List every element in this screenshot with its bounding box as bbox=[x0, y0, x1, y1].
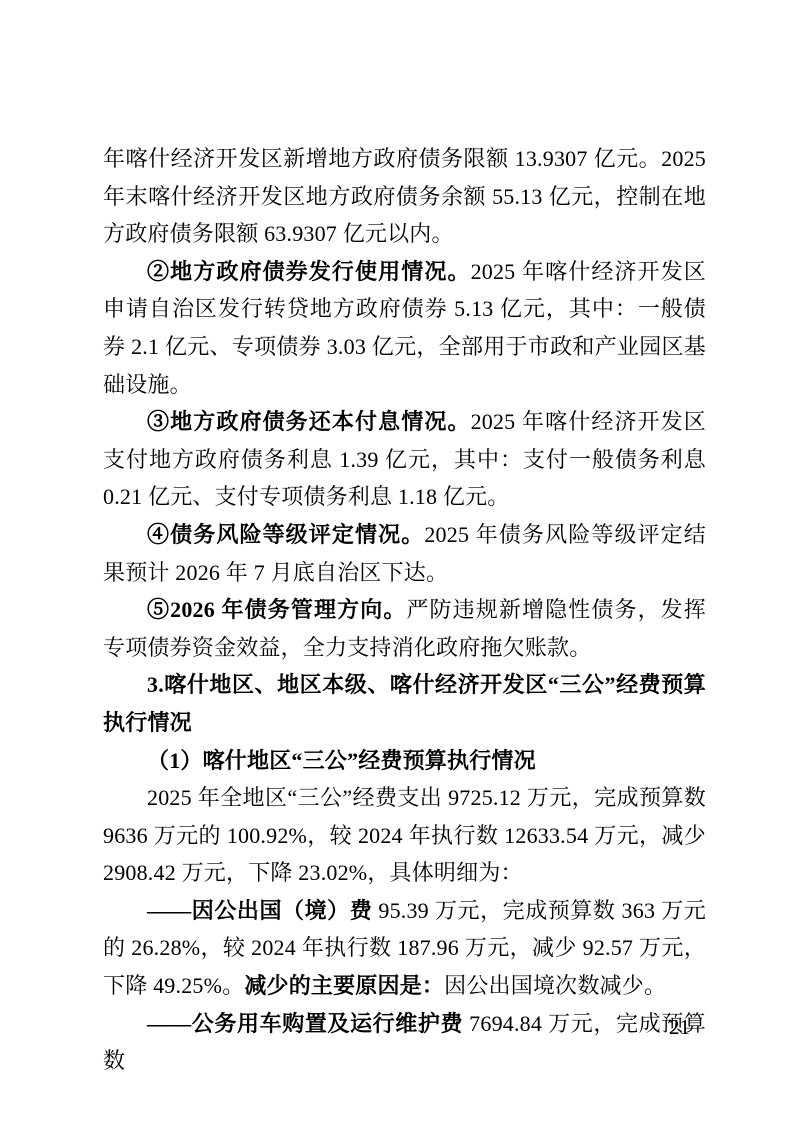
para-debt-principal-interest: ③地方政府债务还本付息情况。2025 年喀什经济开发区支付地方政府债务利息 1.… bbox=[103, 403, 706, 516]
bold-text-run: 减少的主要原因是： bbox=[244, 973, 444, 998]
para-debt-limit-balance: 年喀什经济开发区新增地方政府债务限额 13.9307 亿元。2025 年末喀什经… bbox=[103, 140, 706, 253]
document-body: 年喀什经济开发区新增地方政府债务限额 13.9307 亿元。2025 年末喀什经… bbox=[103, 140, 706, 1080]
text-run: 年喀什经济开发区新增地方政府债务限额 13.9307 亿元。2025 年末喀什经… bbox=[103, 146, 706, 246]
text-run: 因公出国境次数减少。 bbox=[444, 973, 666, 998]
para-bond-issuance-usage: ②地方政府债券发行使用情况。2025 年喀什经济开发区申请自治区发行转贷地方政府… bbox=[103, 253, 706, 403]
bold-text-run: ③地方政府债务还本付息情况。 bbox=[147, 409, 471, 434]
heading-kashgar-region-three-public: （1）喀什地区“三公”经费预算执行情况 bbox=[103, 742, 706, 780]
bold-text-run: （1）喀什地区“三公”经费预算执行情况 bbox=[147, 748, 536, 773]
bold-text-run: ②地方政府债券发行使用情况。 bbox=[147, 259, 471, 284]
bold-text-run: ④债务风险等级评定情况。 bbox=[147, 522, 424, 547]
bold-text-run: ——公务用车购置及运行维护费 bbox=[147, 1011, 463, 1036]
text-run: 2025 年全地区“三公”经费支出 9725.12 万元，完成预算数 9636 … bbox=[103, 785, 706, 885]
page-number: 21 bbox=[669, 1014, 690, 1040]
para-debt-risk-rating: ④债务风险等级评定情况。2025 年债务风险等级评定结果预计 2026 年 7 … bbox=[103, 516, 706, 591]
para-debt-management-direction-2026: ⑤2026 年债务管理方向。严防违规新增隐性债务，发挥专项债券资金效益，全力支持… bbox=[103, 591, 706, 666]
bold-text-run: ⑤2026 年债务管理方向。 bbox=[147, 597, 406, 622]
heading-three-public-expenses-budget: 3.喀什地区、地区本级、喀什经济开发区“三公”经费预算执行情况 bbox=[103, 666, 706, 741]
bold-text-run: ——因公出国（境）费 bbox=[147, 898, 372, 923]
para-region-three-public-total: 2025 年全地区“三公”经费支出 9725.12 万元，完成预算数 9636 … bbox=[103, 779, 706, 892]
para-overseas-travel-expense: ——因公出国（境）费 95.39 万元，完成预算数 363 万元的 26.28%… bbox=[103, 892, 706, 1005]
document-page: 年喀什经济开发区新增地方政府债务限额 13.9307 亿元。2025 年末喀什经… bbox=[0, 0, 793, 1122]
para-official-vehicle-expense: ——公务用车购置及运行维护费 7694.84 万元，完成预算数 bbox=[103, 1005, 706, 1080]
bold-text-run: 3.喀什地区、地区本级、喀什经济开发区“三公”经费预算执行情况 bbox=[103, 672, 706, 735]
